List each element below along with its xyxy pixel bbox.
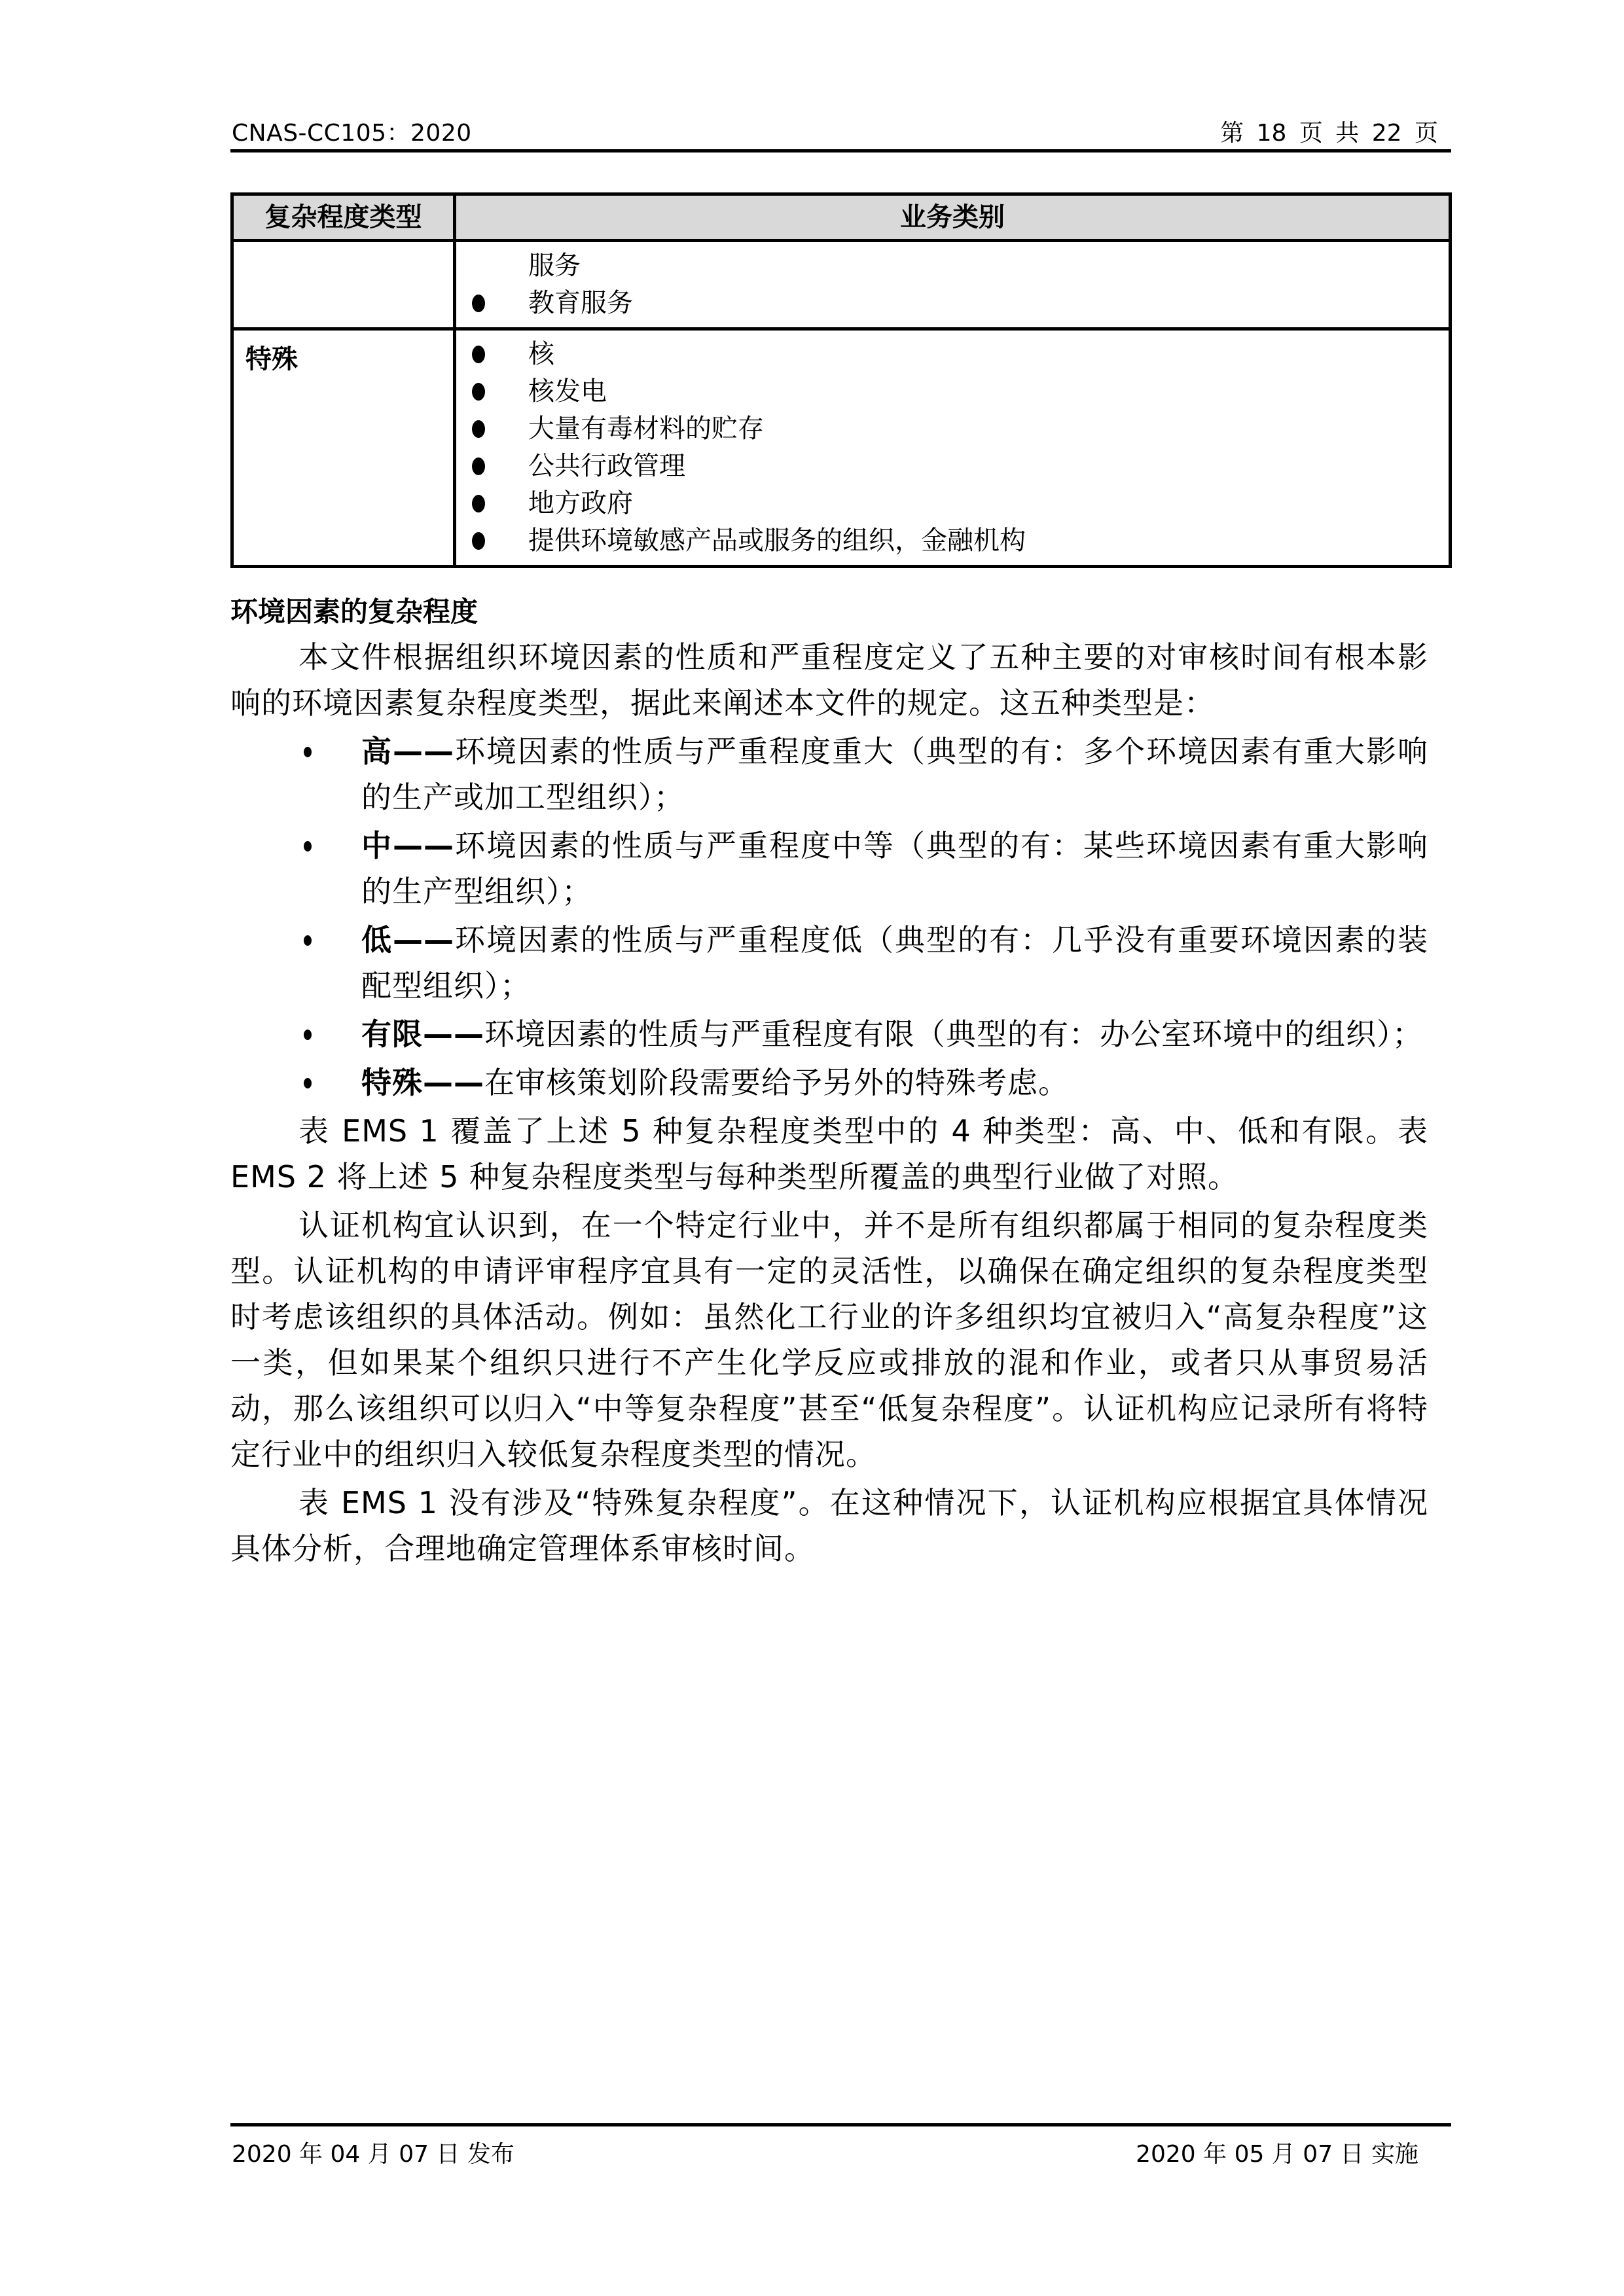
category-description: 环境因素的性质与严重程度重大（典型的有：多个环境因素有重大影响的生产或加工型组织… <box>361 734 1428 815</box>
list-item: 核 <box>456 336 1449 373</box>
issue-date: 2020 年 04 月 07 日 发布 <box>232 2136 514 2169</box>
body-paragraph: 表 EMS 1 没有涉及“特殊复杂程度”。在这种情况下，认证机构应根据宜具体情况… <box>230 1480 1428 1571</box>
business-category-cell: 核 核发电 大量有毒材料的贮存 公共行政管理 地方政府 提供环境敏感产品或服务的… <box>455 329 1451 567</box>
business-category-table: 复杂程度类型 业务类别 服务 教育服务 特殊 核 核发电 大量有毒材料的贮存 公… <box>230 192 1452 568</box>
list-item-text: 公共行政管理 <box>528 451 685 481</box>
em-dash: —— <box>423 1016 484 1052</box>
section-title: 环境因素的复杂程度 <box>230 592 1428 632</box>
list-item-text: 服务 <box>528 251 581 281</box>
table-row: 特殊 核 核发电 大量有毒材料的贮存 公共行政管理 地方政府 提供环境敏感产品或… <box>232 329 1451 567</box>
em-dash: —— <box>393 922 454 958</box>
list-item: 教育服务 <box>456 285 1449 322</box>
category-term: 特殊 <box>361 1065 423 1100</box>
category-description: 环境因素的性质与严重程度有限（典型的有：办公室环境中的组织）； <box>484 1016 1423 1052</box>
bullet-icon <box>304 935 312 946</box>
category-term: 有限 <box>361 1016 423 1052</box>
page-number: 第 18 页 共 22 页 <box>1220 115 1438 152</box>
category-description: 环境因素的性质与严重程度低（典型的有：几乎没有重要环境因素的装配型组织）； <box>361 922 1428 1003</box>
em-dash: —— <box>393 734 454 769</box>
bullet-icon <box>472 295 485 312</box>
bullet-icon <box>472 532 485 550</box>
bullet-icon <box>472 346 485 363</box>
list-item-text: 教育服务 <box>528 288 633 318</box>
effective-date: 2020 年 05 月 07 日 实施 <box>1136 2136 1418 2169</box>
bullet-icon <box>472 383 485 401</box>
list-item: 公共行政管理 <box>456 448 1449 485</box>
business-category-cell: 服务 教育服务 <box>455 241 1451 329</box>
category-term: 中 <box>361 828 393 863</box>
bullet-icon <box>304 1078 312 1088</box>
business-list: 服务 教育服务 <box>456 242 1449 327</box>
em-dash: —— <box>423 1065 484 1100</box>
column-header-business-category: 业务类别 <box>455 194 1451 241</box>
category-item-high: 高——环境因素的性质与严重程度重大（典型的有：多个环境因素有重大影响的生产或加工… <box>230 728 1428 820</box>
page-footer: 2020 年 04 月 07 日 发布 2020 年 05 月 07 日 实施 <box>230 2123 1451 2166</box>
category-item-low: 低——环境因素的性质与严重程度低（典型的有：几乎没有重要环境因素的装配型组织）； <box>230 917 1428 1009</box>
complexity-category-list: 高——环境因素的性质与严重程度重大（典型的有：多个环境因素有重大影响的生产或加工… <box>230 728 1428 1105</box>
category-description: 在审核策划阶段需要给予另外的特殊考虑。 <box>484 1065 1069 1100</box>
list-item: 服务 <box>456 247 1449 285</box>
list-item: 大量有毒材料的贮存 <box>456 410 1449 448</box>
table-header-row: 复杂程度类型 业务类别 <box>232 194 1451 241</box>
complexity-type-cell <box>232 241 455 329</box>
complexity-type-cell: 特殊 <box>232 329 455 567</box>
bullet-icon <box>304 841 312 852</box>
em-dash: —— <box>393 828 454 863</box>
bullet-icon <box>304 747 312 757</box>
bullet-icon <box>304 1030 312 1040</box>
category-item-limited: 有限——环境因素的性质与严重程度有限（典型的有：办公室环境中的组织）； <box>230 1011 1428 1057</box>
list-item-text: 大量有毒材料的贮存 <box>528 414 764 444</box>
bullet-icon <box>472 457 485 475</box>
table-row: 服务 教育服务 <box>232 241 1451 329</box>
body-content: 环境因素的复杂程度 本文件根据组织环境因素的性质和严重程度定义了五种主要的对审核… <box>230 592 1428 1571</box>
column-header-complexity-type: 复杂程度类型 <box>232 194 455 241</box>
intro-paragraph: 本文件根据组织环境因素的性质和严重程度定义了五种主要的对审核时间有根本影响的环境… <box>230 634 1428 726</box>
list-item: 核发电 <box>456 373 1449 410</box>
category-item-special: 特殊——在审核策划阶段需要给予另外的特殊考虑。 <box>230 1060 1428 1105</box>
list-item: 提供环境敏感产品或服务的组织，金融机构 <box>456 522 1449 560</box>
list-item: 地方政府 <box>456 485 1449 522</box>
list-item-text: 核发电 <box>528 376 607 406</box>
body-paragraph: 表 EMS 1 覆盖了上述 5 种复杂程度类型中的 4 种类型：高、中、低和有限… <box>230 1108 1428 1200</box>
category-term: 低 <box>361 922 393 958</box>
list-item-text: 地方政府 <box>528 488 633 518</box>
bullet-icon <box>472 495 485 512</box>
category-item-medium: 中——环境因素的性质与严重程度中等（典型的有：某些环境因素有重大影响的生产型组织… <box>230 823 1428 914</box>
category-description: 环境因素的性质与严重程度中等（典型的有：某些环境因素有重大影响的生产型组织）； <box>361 828 1428 909</box>
bullet-icon <box>472 420 485 438</box>
category-term: 高 <box>361 734 393 769</box>
business-list: 核 核发电 大量有毒材料的贮存 公共行政管理 地方政府 提供环境敏感产品或服务的… <box>456 331 1449 565</box>
list-item-text: 核 <box>528 339 554 369</box>
document-code: CNAS-CC105：2020 <box>232 115 472 152</box>
page-header: CNAS-CC105：2020 第 18 页 共 22 页 <box>230 113 1451 152</box>
list-item-text: 提供环境敏感产品或服务的组织，金融机构 <box>528 526 1026 556</box>
body-paragraph: 认证机构宜认识到，在一个特定行业中，并不是所有组织都属于相同的复杂程度类型。认证… <box>230 1202 1428 1477</box>
